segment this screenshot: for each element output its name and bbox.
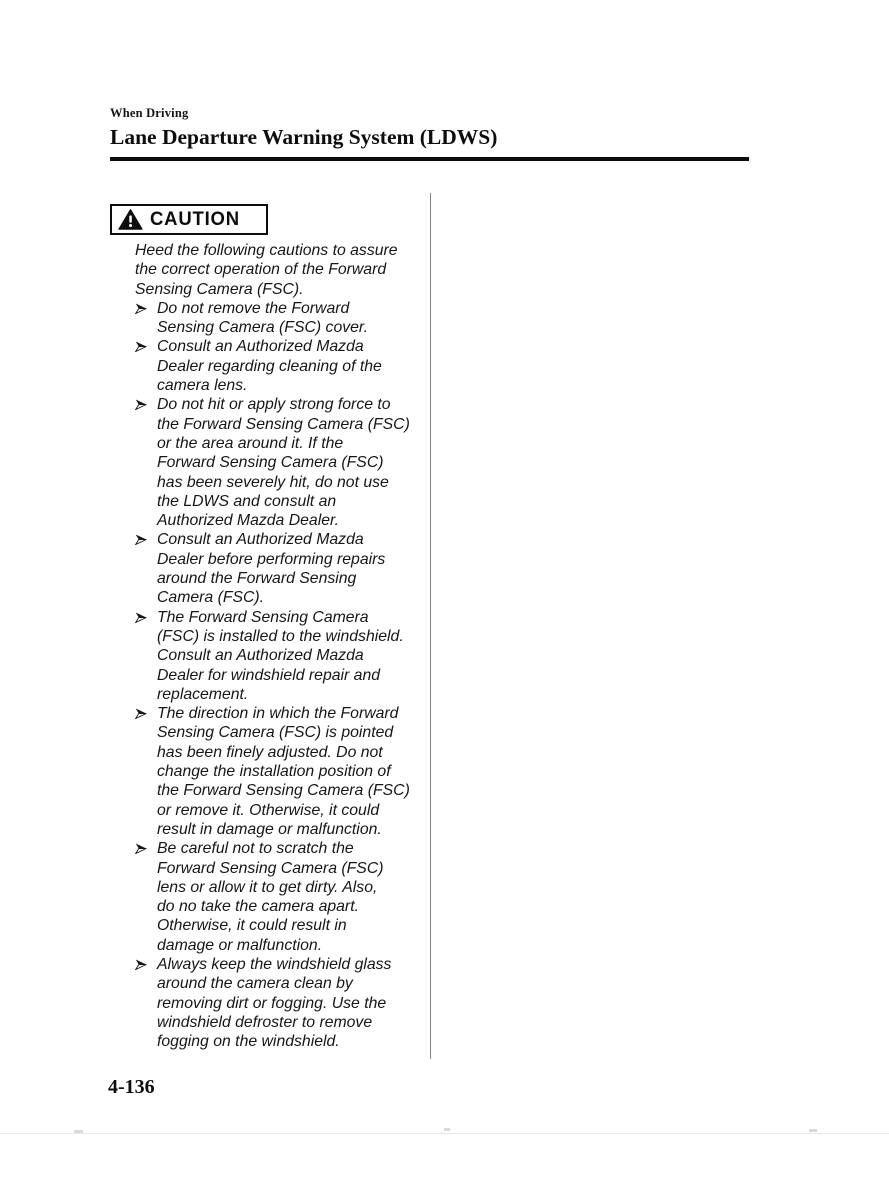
caution-bullet: The Forward Sensing Camera (FSC) is inst… xyxy=(135,608,422,704)
page-number: 4-136 xyxy=(108,1076,155,1099)
arrowhead-bullet-icon xyxy=(135,704,157,719)
arrowhead-bullet-icon xyxy=(135,299,157,314)
arrowhead-bullet-icon xyxy=(135,395,157,410)
caution-bullet: Be careful not to scratch the Forward Se… xyxy=(135,839,422,955)
arrowhead-bullet-icon xyxy=(135,608,157,623)
caution-bullet: Consult an Authorized Mazda Dealer befor… xyxy=(135,530,422,607)
caution-body: Heed the following cautions to assure th… xyxy=(135,241,422,1051)
arrowhead-bullet-icon xyxy=(135,530,157,545)
caution-bullet-text: Always keep the windshield glass around … xyxy=(157,955,391,1051)
caution-bullet-text: Consult an Authorized Mazda Dealer befor… xyxy=(157,530,385,607)
caution-label: CAUTION xyxy=(150,210,240,229)
section-label: When Driving xyxy=(110,106,750,121)
caution-bullet: Always keep the windshield glass around … xyxy=(135,955,422,1051)
caution-bullet: Do not remove the Forward Sensing Camera… xyxy=(135,299,422,338)
caution-box: CAUTION xyxy=(110,204,268,235)
caution-bullet-text: Be careful not to scratch the Forward Se… xyxy=(157,839,384,955)
scan-speck xyxy=(809,1129,817,1132)
caution-bullet-text: Do not hit or apply strong force to the … xyxy=(157,395,410,530)
caution-bullet: Consult an Authorized Mazda Dealer regar… xyxy=(135,337,422,395)
caution-bullet-list: Do not remove the Forward Sensing Camera… xyxy=(135,299,422,1052)
caution-bullet-text: The direction in which the Forward Sensi… xyxy=(157,704,410,839)
scan-speck xyxy=(444,1128,450,1131)
caution-section: CAUTION Heed the following cautions to a… xyxy=(110,204,422,1051)
column-divider xyxy=(430,193,431,1059)
page-title: Lane Departure Warning System (LDWS) xyxy=(110,124,750,150)
caution-bullet: Do not hit or apply strong force to the … xyxy=(135,395,422,530)
arrowhead-bullet-icon xyxy=(135,955,157,970)
caution-bullet-text: Consult an Authorized Mazda Dealer regar… xyxy=(157,337,382,395)
caution-intro-text: Heed the following cautions to assure th… xyxy=(135,241,422,299)
arrowhead-bullet-icon xyxy=(135,839,157,854)
arrowhead-bullet-icon xyxy=(135,337,157,352)
title-rule xyxy=(110,157,749,161)
caution-bullet: The direction in which the Forward Sensi… xyxy=(135,704,422,839)
scan-speck xyxy=(74,1130,83,1133)
caution-bullet-text: Do not remove the Forward Sensing Camera… xyxy=(157,299,368,338)
caution-bullet-text: The Forward Sensing Camera (FSC) is inst… xyxy=(157,608,404,704)
scan-edge-artifact xyxy=(0,1133,889,1134)
manual-page: When Driving Lane Departure Warning Syst… xyxy=(0,0,889,1200)
page-header: When Driving Lane Departure Warning Syst… xyxy=(110,106,750,150)
warning-triangle-icon xyxy=(118,209,143,230)
